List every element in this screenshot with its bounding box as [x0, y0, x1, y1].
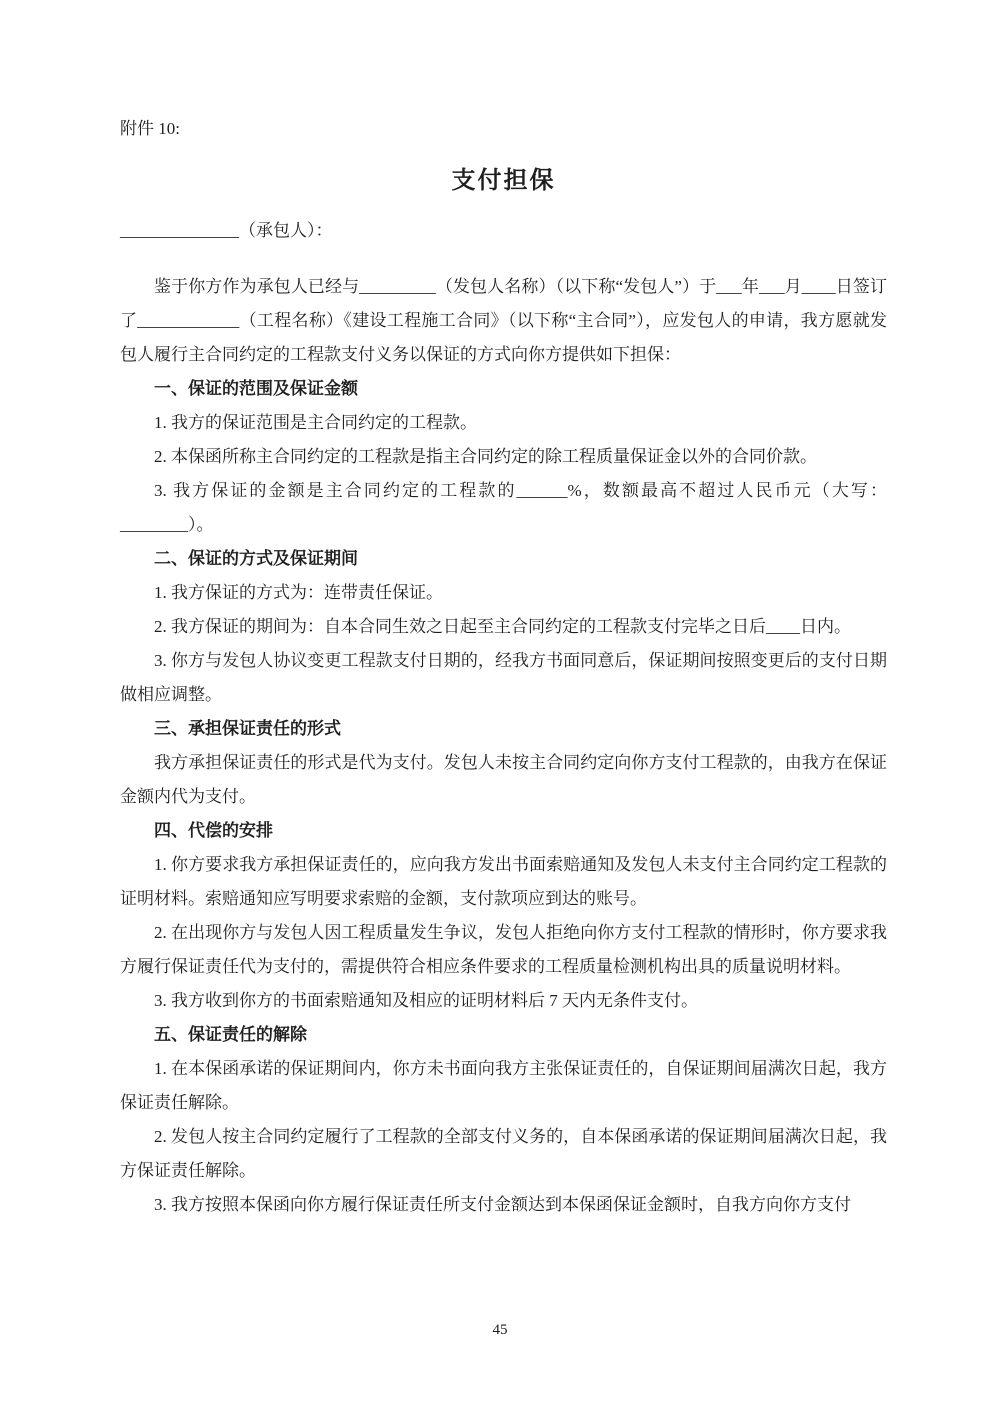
- page-title: 支付担保: [120, 166, 887, 196]
- page-number: 45: [0, 1320, 1000, 1340]
- section-5-item-2: 2. 发包人按主合同约定履行了工程款的全部支付义务的，自本保函承诺的保证期间届满…: [120, 1120, 887, 1188]
- section-4-item-3: 3. 我方收到你方的书面索赔通知及相应的证明材料后 7 天内无条件支付。: [120, 984, 887, 1018]
- section-1-item-1: 1. 我方的保证范围是主合同约定的工程款。: [120, 406, 887, 440]
- section-2-item-2: 2. 我方保证的期间为：自本合同生效之日起至主合同约定的工程款支付完毕之日后__…: [120, 610, 887, 644]
- document-body: 附件 10: 支付担保 ______________（承包人）： 鉴于你方作为承…: [120, 118, 887, 1222]
- section-5-item-3: 3. 我方按照本保函向你方履行保证责任所支付金额达到本保函保证金额时，自我方向你…: [120, 1188, 887, 1222]
- contract-text: 鉴于你方作为承包人已经与_________（发包人名称）（以下称“发包人”）于_…: [120, 270, 887, 1222]
- section-4-heading: 四、代偿的安排: [120, 814, 887, 848]
- section-4-item-2: 2. 在出现你方与发包人因工程质量发生争议，发包人拒绝向你方支付工程款的情形时，…: [120, 916, 887, 984]
- section-1-heading: 一、保证的范围及保证金额: [120, 372, 887, 406]
- section-2-item-1: 1. 我方保证的方式为：连带责任保证。: [120, 576, 887, 610]
- section-3-paragraph: 我方承担保证责任的形式是代为支付。发包人未按主合同约定向你方支付工程款的，由我方…: [120, 746, 887, 814]
- salutation-line: ______________（承包人）：: [120, 218, 887, 244]
- section-5-item-1: 1. 在本保函承诺的保证期间内，你方未书面向我方主张保证责任的，自保证期间届满次…: [120, 1052, 887, 1120]
- section-5-heading: 五、保证责任的解除: [120, 1018, 887, 1052]
- section-4-item-1: 1. 你方要求我方承担保证责任的，应向我方发出书面索赔通知及发包人未支付主合同约…: [120, 848, 887, 916]
- section-2-item-3: 3. 你方与发包人协议变更工程款支付日期的，经我方书面同意后，保证期间按照变更后…: [120, 644, 887, 712]
- intro-paragraph: 鉴于你方作为承包人已经与_________（发包人名称）（以下称“发包人”）于_…: [120, 270, 887, 372]
- attachment-label: 附件 10:: [120, 118, 887, 140]
- section-3-heading: 三、承担保证责任的形式: [120, 712, 887, 746]
- section-2-heading: 二、保证的方式及保证期间: [120, 542, 887, 576]
- section-1-item-3: 3. 我方保证的金额是主合同约定的工程款的______%，数额最高不超过人民币元…: [120, 474, 887, 542]
- section-1-item-2: 2. 本保函所称主合同约定的工程款是指主合同约定的除工程质量保证金以外的合同价款…: [120, 440, 887, 474]
- document-page: 附件 10: 支付担保 ______________（承包人）： 鉴于你方作为承…: [0, 0, 1000, 1415]
